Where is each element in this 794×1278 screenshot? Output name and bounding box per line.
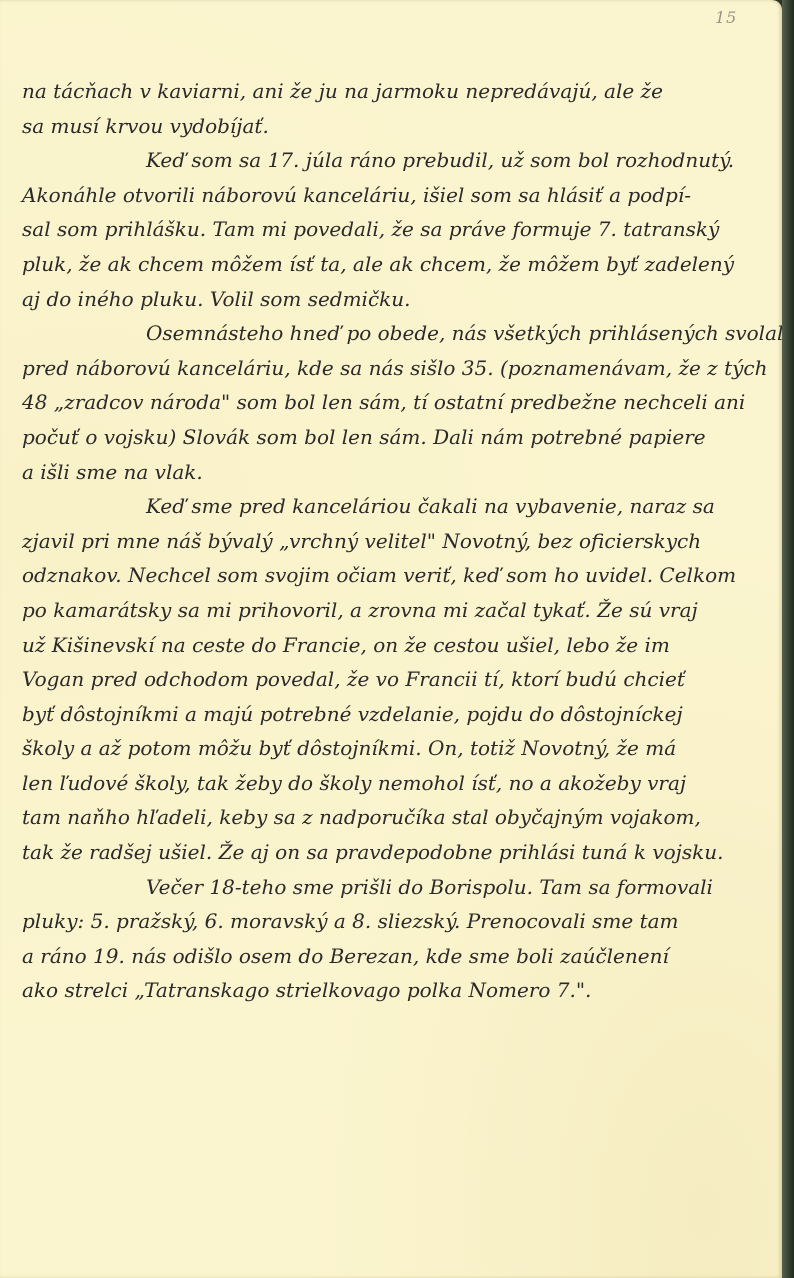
text-line: sal som prihlášku. Tam mi povedali, že s… xyxy=(22,212,782,247)
handwritten-text-body: na tácňach v kaviarni, ani že ju na jarm… xyxy=(22,74,782,1008)
text-line: tak že radšej ušiel. Že aj on sa pravdep… xyxy=(22,835,782,870)
page-number: 15 xyxy=(715,8,737,27)
text-line: pred náborovú kanceláriu, kde sa nás siš… xyxy=(22,351,782,386)
text-line: počuť o vojsku) Slovák som bol len sám. … xyxy=(22,420,782,455)
text-line: len ľudové školy, tak žeby do školy nemo… xyxy=(22,766,782,801)
text-line: a išli sme na vlak. xyxy=(22,455,782,490)
text-line: po kamarátsky sa mi prihovoril, a zrovna… xyxy=(22,593,782,628)
manuscript-page: 15 na tácňach v kaviarni, ani že ju na j… xyxy=(0,0,782,1278)
text-line: tam naňho hľadeli, keby sa z nadporučíka… xyxy=(22,800,782,835)
text-line: na tácňach v kaviarni, ani že ju na jarm… xyxy=(22,74,782,109)
text-line: ako strelci „Tatranskago strielkovago po… xyxy=(22,973,782,1008)
scan-background-edge xyxy=(782,0,794,1278)
text-line-paragraph-start: Keď som sa 17. júla ráno prebudil, už so… xyxy=(22,143,782,178)
text-line: už Kišinevskí na ceste do Francie, on že… xyxy=(22,628,782,663)
text-line: aj do iného pluku. Volil som sedmičku. xyxy=(22,282,782,317)
text-line-paragraph-start: Večer 18-teho sme prišli do Borispolu. T… xyxy=(22,870,782,905)
text-line: pluk, že ak chcem môžem ísť ta, ale ak c… xyxy=(22,247,782,282)
text-line: Akonáhle otvorili náborovú kanceláriu, i… xyxy=(22,178,782,213)
text-line: pluky: 5. pražský, 6. moravský a 8. slie… xyxy=(22,904,782,939)
text-line: 48 „zradcov národa" som bol len sám, tí … xyxy=(22,385,782,420)
text-line-paragraph-start: Osemnásteho hneď po obede, nás všetkých … xyxy=(22,316,782,351)
text-line: odznakov. Nechcel som svojim očiam veriť… xyxy=(22,558,782,593)
text-line-paragraph-start: Keď sme pred kanceláriou čakali na vybav… xyxy=(22,489,782,524)
text-line: Vogan pred odchodom povedal, že vo Franc… xyxy=(22,662,782,697)
text-line: byť dôstojníkmi a majú potrebné vzdelani… xyxy=(22,697,782,732)
text-line: zjavil pri mne náš bývalý „vrchný velite… xyxy=(22,524,782,559)
text-line: školy a až potom môžu byť dôstojníkmi. O… xyxy=(22,731,782,766)
text-line: a ráno 19. nás odišlo osem do Berezan, k… xyxy=(22,939,782,974)
text-line: sa musí krvou vydobíjať. xyxy=(22,109,782,144)
